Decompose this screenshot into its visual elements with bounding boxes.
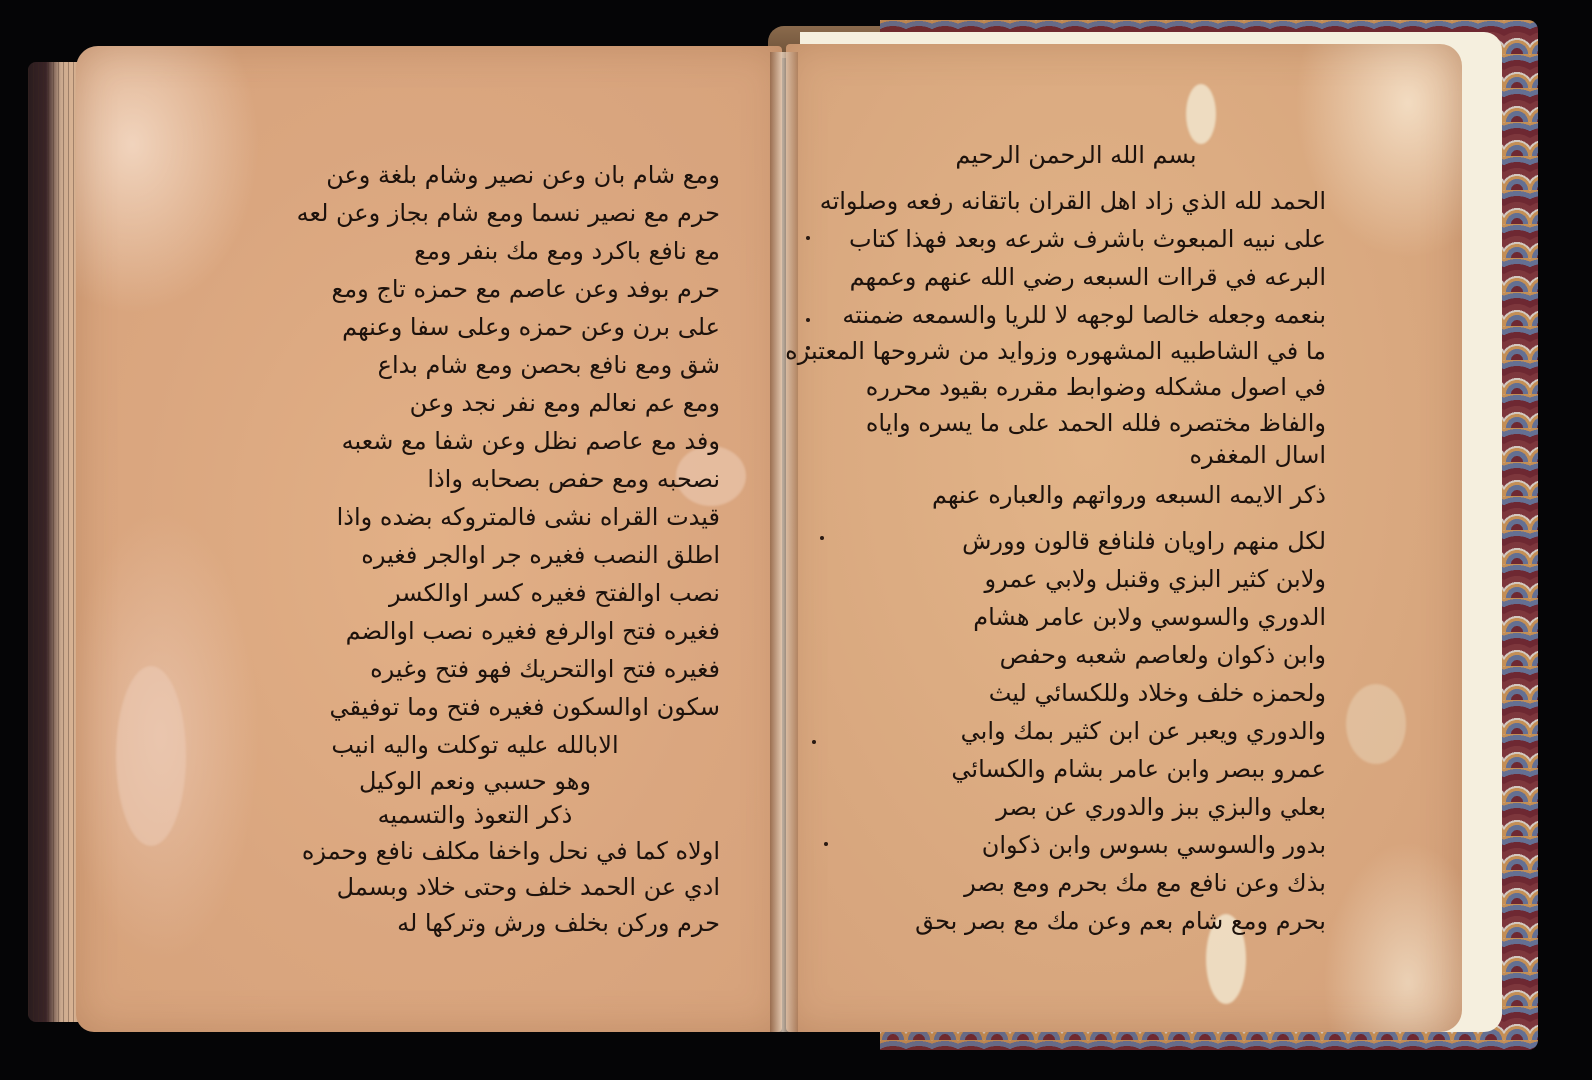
margin-mark: [806, 318, 810, 322]
text-line: الحمد لله الذي زاد اهل القران باتقانه رف…: [820, 186, 1326, 216]
text-line: نصب اوالفتح فغيره كسر اوالكسر: [389, 578, 720, 608]
text-line: في اصول مشكله وضوابط مقرره بقيود محرره: [866, 372, 1326, 402]
text-line: ادي عن الحمد خلف وحتى خلاد وبسمل: [337, 872, 720, 902]
text-line: الابالله عليه توكلت واليه انيب: [230, 730, 720, 760]
margin-mark: [824, 842, 828, 846]
margin-mark: [812, 740, 816, 744]
text-line: ما في الشاطبيه المشهوره وزوايد من شروحها…: [785, 336, 1326, 366]
text-line: بدور والسوسي بسوس وابن ذكوان: [982, 830, 1326, 860]
text-line: وهو حسبي ونعم الوكيل: [230, 766, 720, 796]
text-line: فغيره فتح اوالرفع فغيره نصب اوالضم: [346, 616, 720, 646]
text-line: اطلق النصب فغيره جر اوالجر فغيره: [361, 540, 720, 570]
section-heading: ذكر التعوذ والتسميه: [230, 800, 720, 830]
right-page-text: بسم الله الرحمن الرحيم الحمد لله الذي زا…: [826, 140, 1326, 920]
text-line: بحرم ومع شام بعم وعن مك مع بصر بحق: [915, 906, 1326, 936]
text-line: لكل منهم راويان فلنافع قالون وورش: [962, 526, 1326, 556]
text-line: وابن ذكوان ولعاصم شعبه وحفص: [1000, 640, 1326, 670]
text-line: والفاظ مختصره فلله الحمد على ما يسره واي…: [866, 408, 1326, 438]
text-line: البرعه في قراات السبعه رضي الله عنهم وعم…: [850, 262, 1326, 292]
text-line: اولاه كما في نحل واخفا مكلف نافع وحمزه: [302, 836, 720, 866]
text-line: سكون اوالسكون فغيره فتح وما توفيقي: [330, 692, 720, 722]
text-line: عمرو ببصر وابن عامر بشام والكسائي: [951, 754, 1326, 784]
text-line: قيدت القراه نشى فالمتروكه بضده واذا: [337, 502, 720, 532]
text-line: حرم وركن بخلف ورش وتركها له: [397, 908, 720, 938]
section-heading: ذكر الايمه السبعه ورواتهم والعباره عنهم: [932, 480, 1326, 510]
text-line: ولابن كثير البزي وقنبل ولابي عمرو: [985, 564, 1326, 594]
text-line: بنعمه وجعله خالصا لوجهه لا للريا والسمعه…: [842, 300, 1326, 330]
left-page-text: ومع شام بان وعن نصير وشام بلغة وعن حرم م…: [230, 160, 720, 920]
text-line: نصحبه ومع حفص بصحابه واذا: [427, 464, 720, 494]
text-line: حرم بوفد وعن عاصم مع حمزه تاج ومع: [331, 274, 720, 304]
text-line: على نبيه المبعوث باشرف شرعه وبعد فهذا كت…: [849, 224, 1326, 254]
text-line: اسال المغفره: [1189, 440, 1326, 470]
basmala-heading: بسم الله الرحمن الرحيم: [826, 140, 1326, 170]
text-line: فغيره فتح اوالتحريك فهو فتح وغيره: [370, 654, 720, 684]
gutter: [770, 52, 798, 1032]
text-line: ومع عم نعالم ومع نفر نجد وعن: [410, 388, 720, 418]
text-line: ولحمزه خلف وخلاد وللكسائي ليث: [989, 678, 1326, 708]
text-line: وفد مع عاصم نظل وعن شفا مع شعبه: [342, 426, 720, 456]
text-line: الدوري والسوسي ولابن عامر هشام: [973, 602, 1326, 632]
text-line: ومع شام بان وعن نصير وشام بلغة وعن: [326, 160, 720, 190]
text-line: بذك وعن نافع مع مك بحرم ومع بصر: [964, 868, 1326, 898]
margin-mark: [806, 346, 810, 350]
text-line: والدوري ويعبر عن ابن كثير بمك وابي: [961, 716, 1326, 746]
margin-mark: [806, 236, 810, 240]
text-line: شق ومع نافع بحصن ومع شام بداع: [378, 350, 720, 380]
text-line: على برن وعن حمزه وعلى سفا وعنهم: [342, 312, 720, 342]
margin-mark: [820, 536, 824, 540]
text-line: بعلي والبزي ببز والدوري عن بصر: [996, 792, 1326, 822]
text-line: مع نافع باكرد ومع مك بنفر ومع: [414, 236, 720, 266]
text-line: حرم مع نصير نسما ومع شام بجاز وعن لعه: [297, 198, 720, 228]
manuscript-photo: ومع شام بان وعن نصير وشام بلغة وعن حرم م…: [0, 0, 1592, 1080]
